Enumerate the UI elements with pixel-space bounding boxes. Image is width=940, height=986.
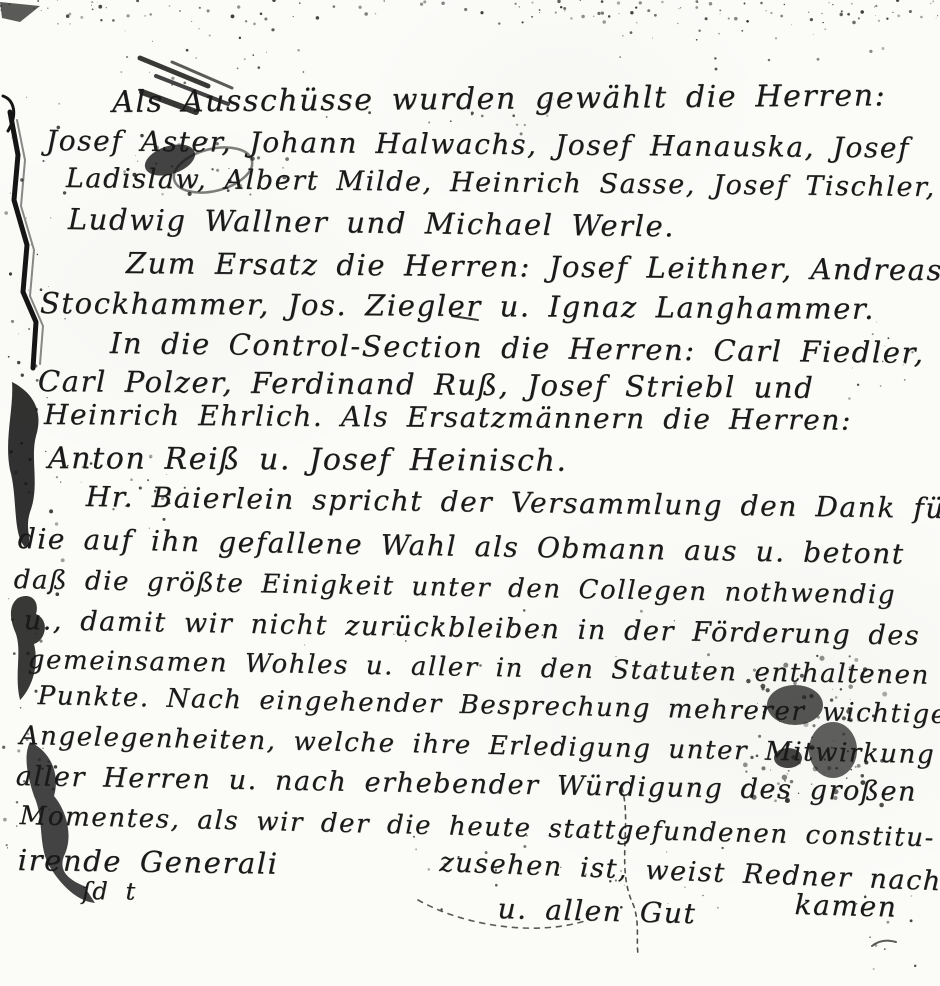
manuscript-line: Punkte. Nach eingehender Besprechung meh… <box>37 682 940 730</box>
manuscript-line: In die Control-Section die Herren: Carl … <box>110 328 925 370</box>
manuscript-line: Josef Aster, Johann Halwachs, Josef Hana… <box>46 126 910 164</box>
manuscript-line: die auf ihn gefallene Wahl als Obmann au… <box>17 524 904 570</box>
manuscript-line: Zum Ersatz die Herren: Josef Leithner, A… <box>126 248 940 287</box>
manuscript-line-fragment: u. allen Gut <box>497 894 697 930</box>
manuscript-line: Heinrich Ehrlich. Als Ersatzmännern die … <box>44 400 852 436</box>
manuscript-line: daß die größte Einigkeit unter den Colle… <box>14 566 897 610</box>
manuscript-line: Hr. Baierlein spricht der Versammlung de… <box>86 482 940 525</box>
manuscript-line: aller Herren u. nach erhebender Würdigun… <box>15 762 917 807</box>
manuscript-line-fragment: kamen <box>794 890 898 923</box>
manuscript-line-fragment: irende Generali <box>18 845 279 881</box>
manuscript-line-fragment: ſd t <box>82 878 137 905</box>
manuscript-line: u., damit wir nicht zurückbleiben in der… <box>23 606 920 651</box>
manuscript-line: Als Ausschüsse wurden gewählt die Herren… <box>112 79 886 119</box>
manuscript-line: Ladislaw, Albert Milde, Heinrich Sasse, … <box>66 164 936 203</box>
manuscript-line: Stockhammer, Jos. Ziegler u. Ignaz Langh… <box>40 288 875 326</box>
scanned-manuscript-page: Als Ausschüsse wurden gewählt die Herren… <box>0 0 940 986</box>
manuscript-text: Als Ausschüsse wurden gewählt die Herren… <box>0 0 940 986</box>
manuscript-line: Ludwig Wallner und Michael Werle. <box>68 204 676 243</box>
manuscript-line: Anton Reiß u. Josef Heinisch. <box>48 442 568 478</box>
